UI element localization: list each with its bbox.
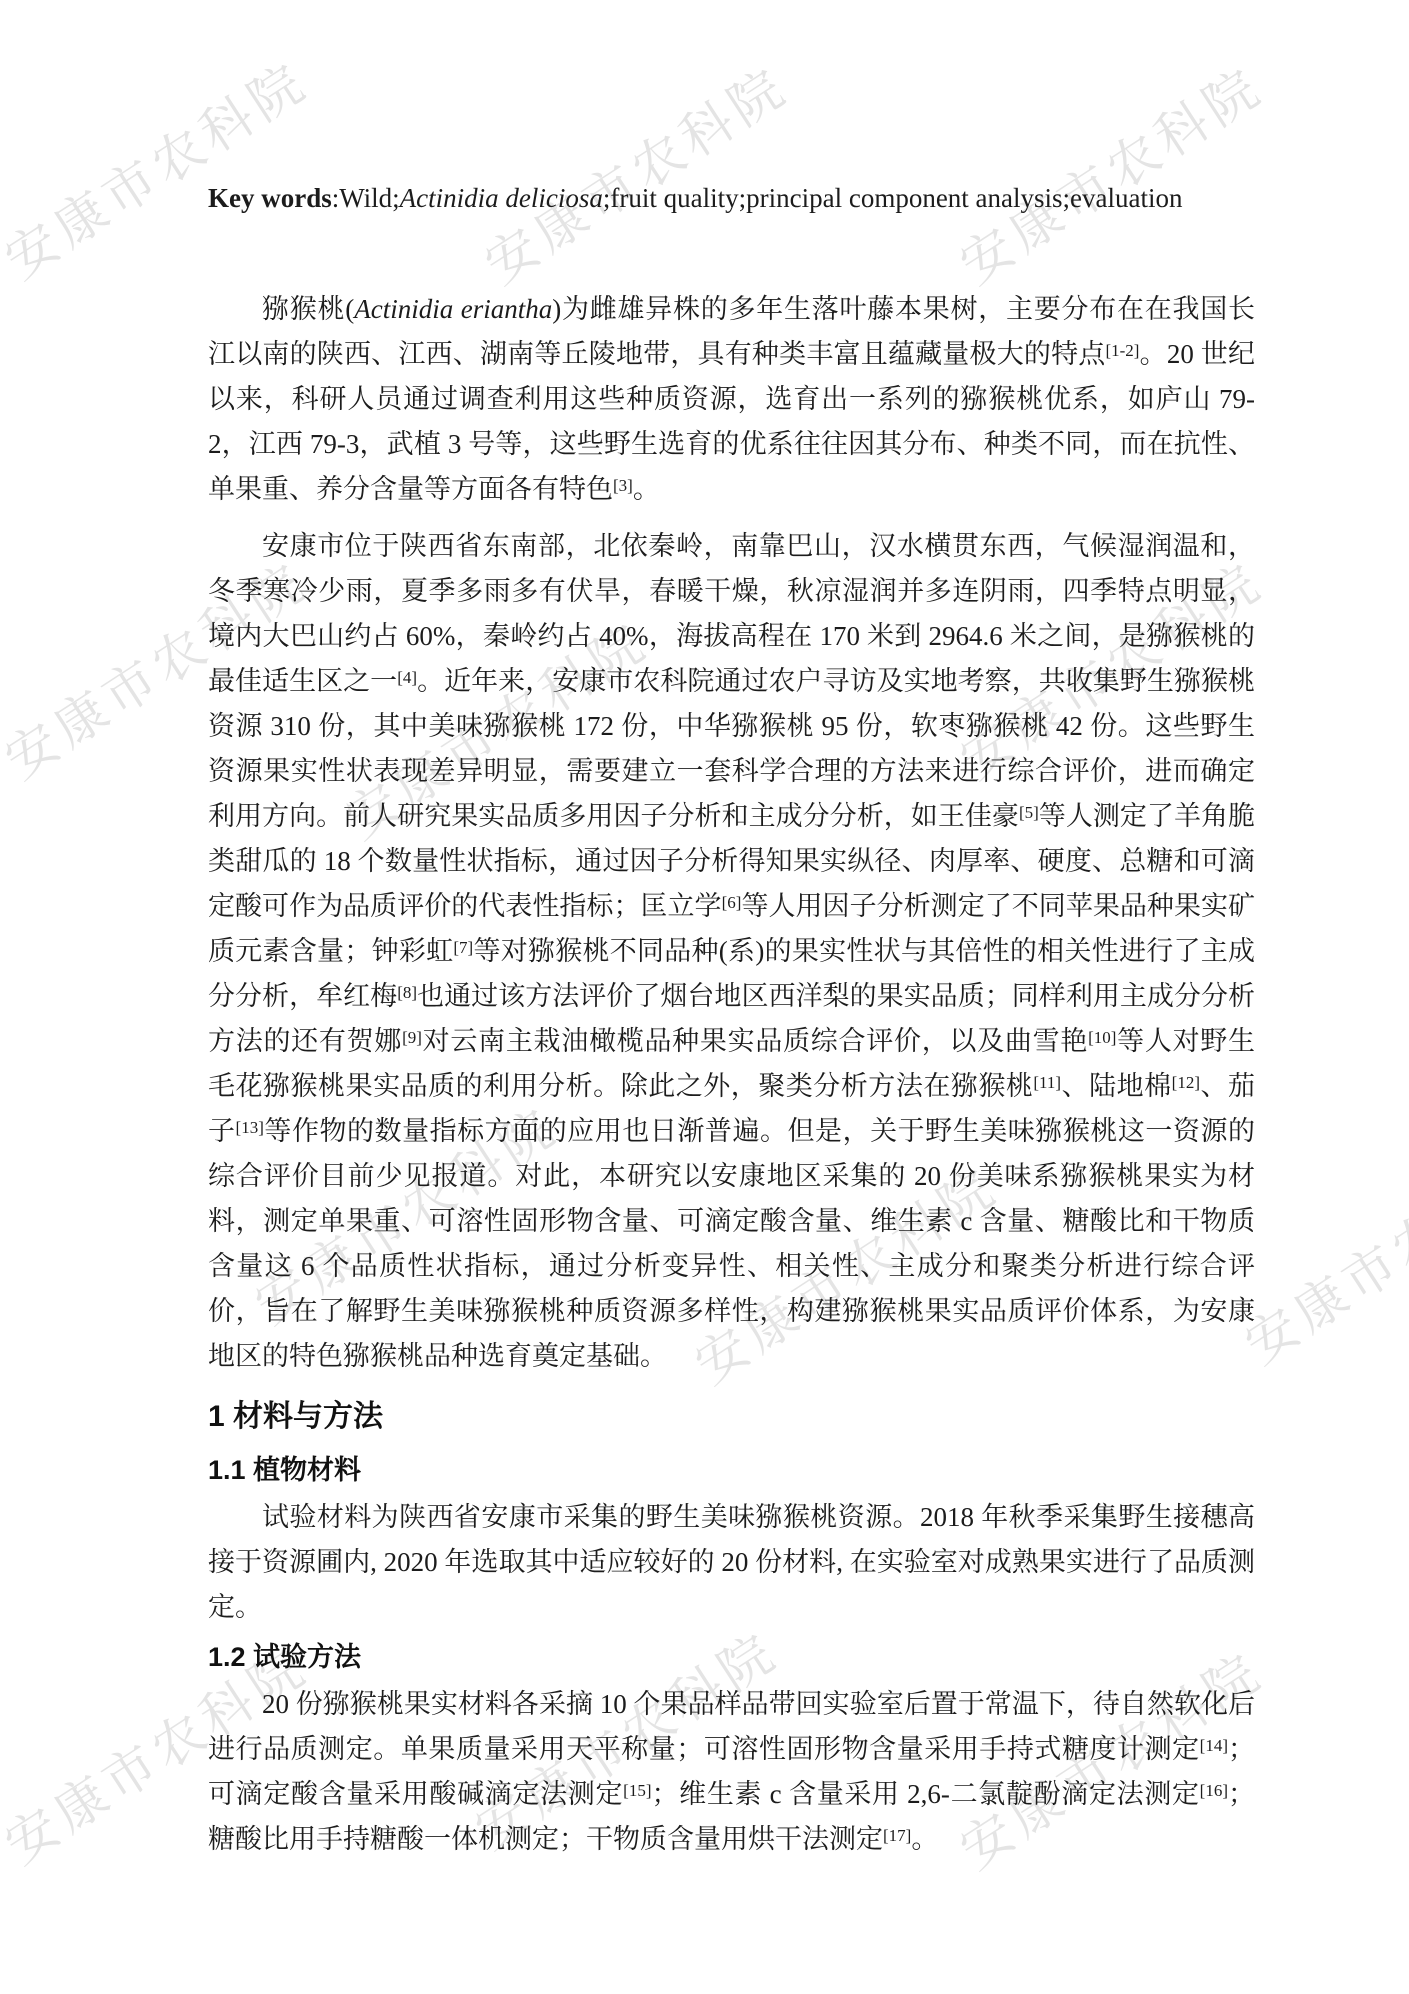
subsection-heading-test-method: 1.2 试验方法 — [208, 1632, 1255, 1682]
test-method-paragraph: 20 份猕猴桃果实材料各采摘 10 个果品样品带回实验室后置于常温下，待自然软化… — [208, 1682, 1255, 1862]
intro-paragraph-1: 猕猴桃(Actinidia eriantha)为雌雄异株的多年生落叶藤本果树，主… — [208, 287, 1255, 512]
plant-material-paragraph: 试验材料为陕西省安康市采集的野生美味猕猴桃资源。2018 年秋季采集野生接穗高接… — [208, 1495, 1255, 1630]
subsection-heading-plant-material: 1.1 植物材料 — [208, 1445, 1255, 1495]
intro-paragraph-2: 安康市位于陕西省东南部，北依秦岭，南靠巴山，汉水横贯东西，气候湿润温和，冬季寒冷… — [208, 524, 1255, 1379]
document-page: 安康市农科院 安康市农科院 安康市农科院 安康市农科院 安康市农科院 安康市农科… — [0, 0, 1409, 1994]
section-heading-materials-and-methods: 1 材料与方法 — [208, 1391, 1255, 1443]
keywords-line: Key words:Wild;Actinidia deliciosa;fruit… — [208, 176, 1255, 221]
page-content: Key words:Wild;Actinidia deliciosa;fruit… — [208, 0, 1255, 1862]
